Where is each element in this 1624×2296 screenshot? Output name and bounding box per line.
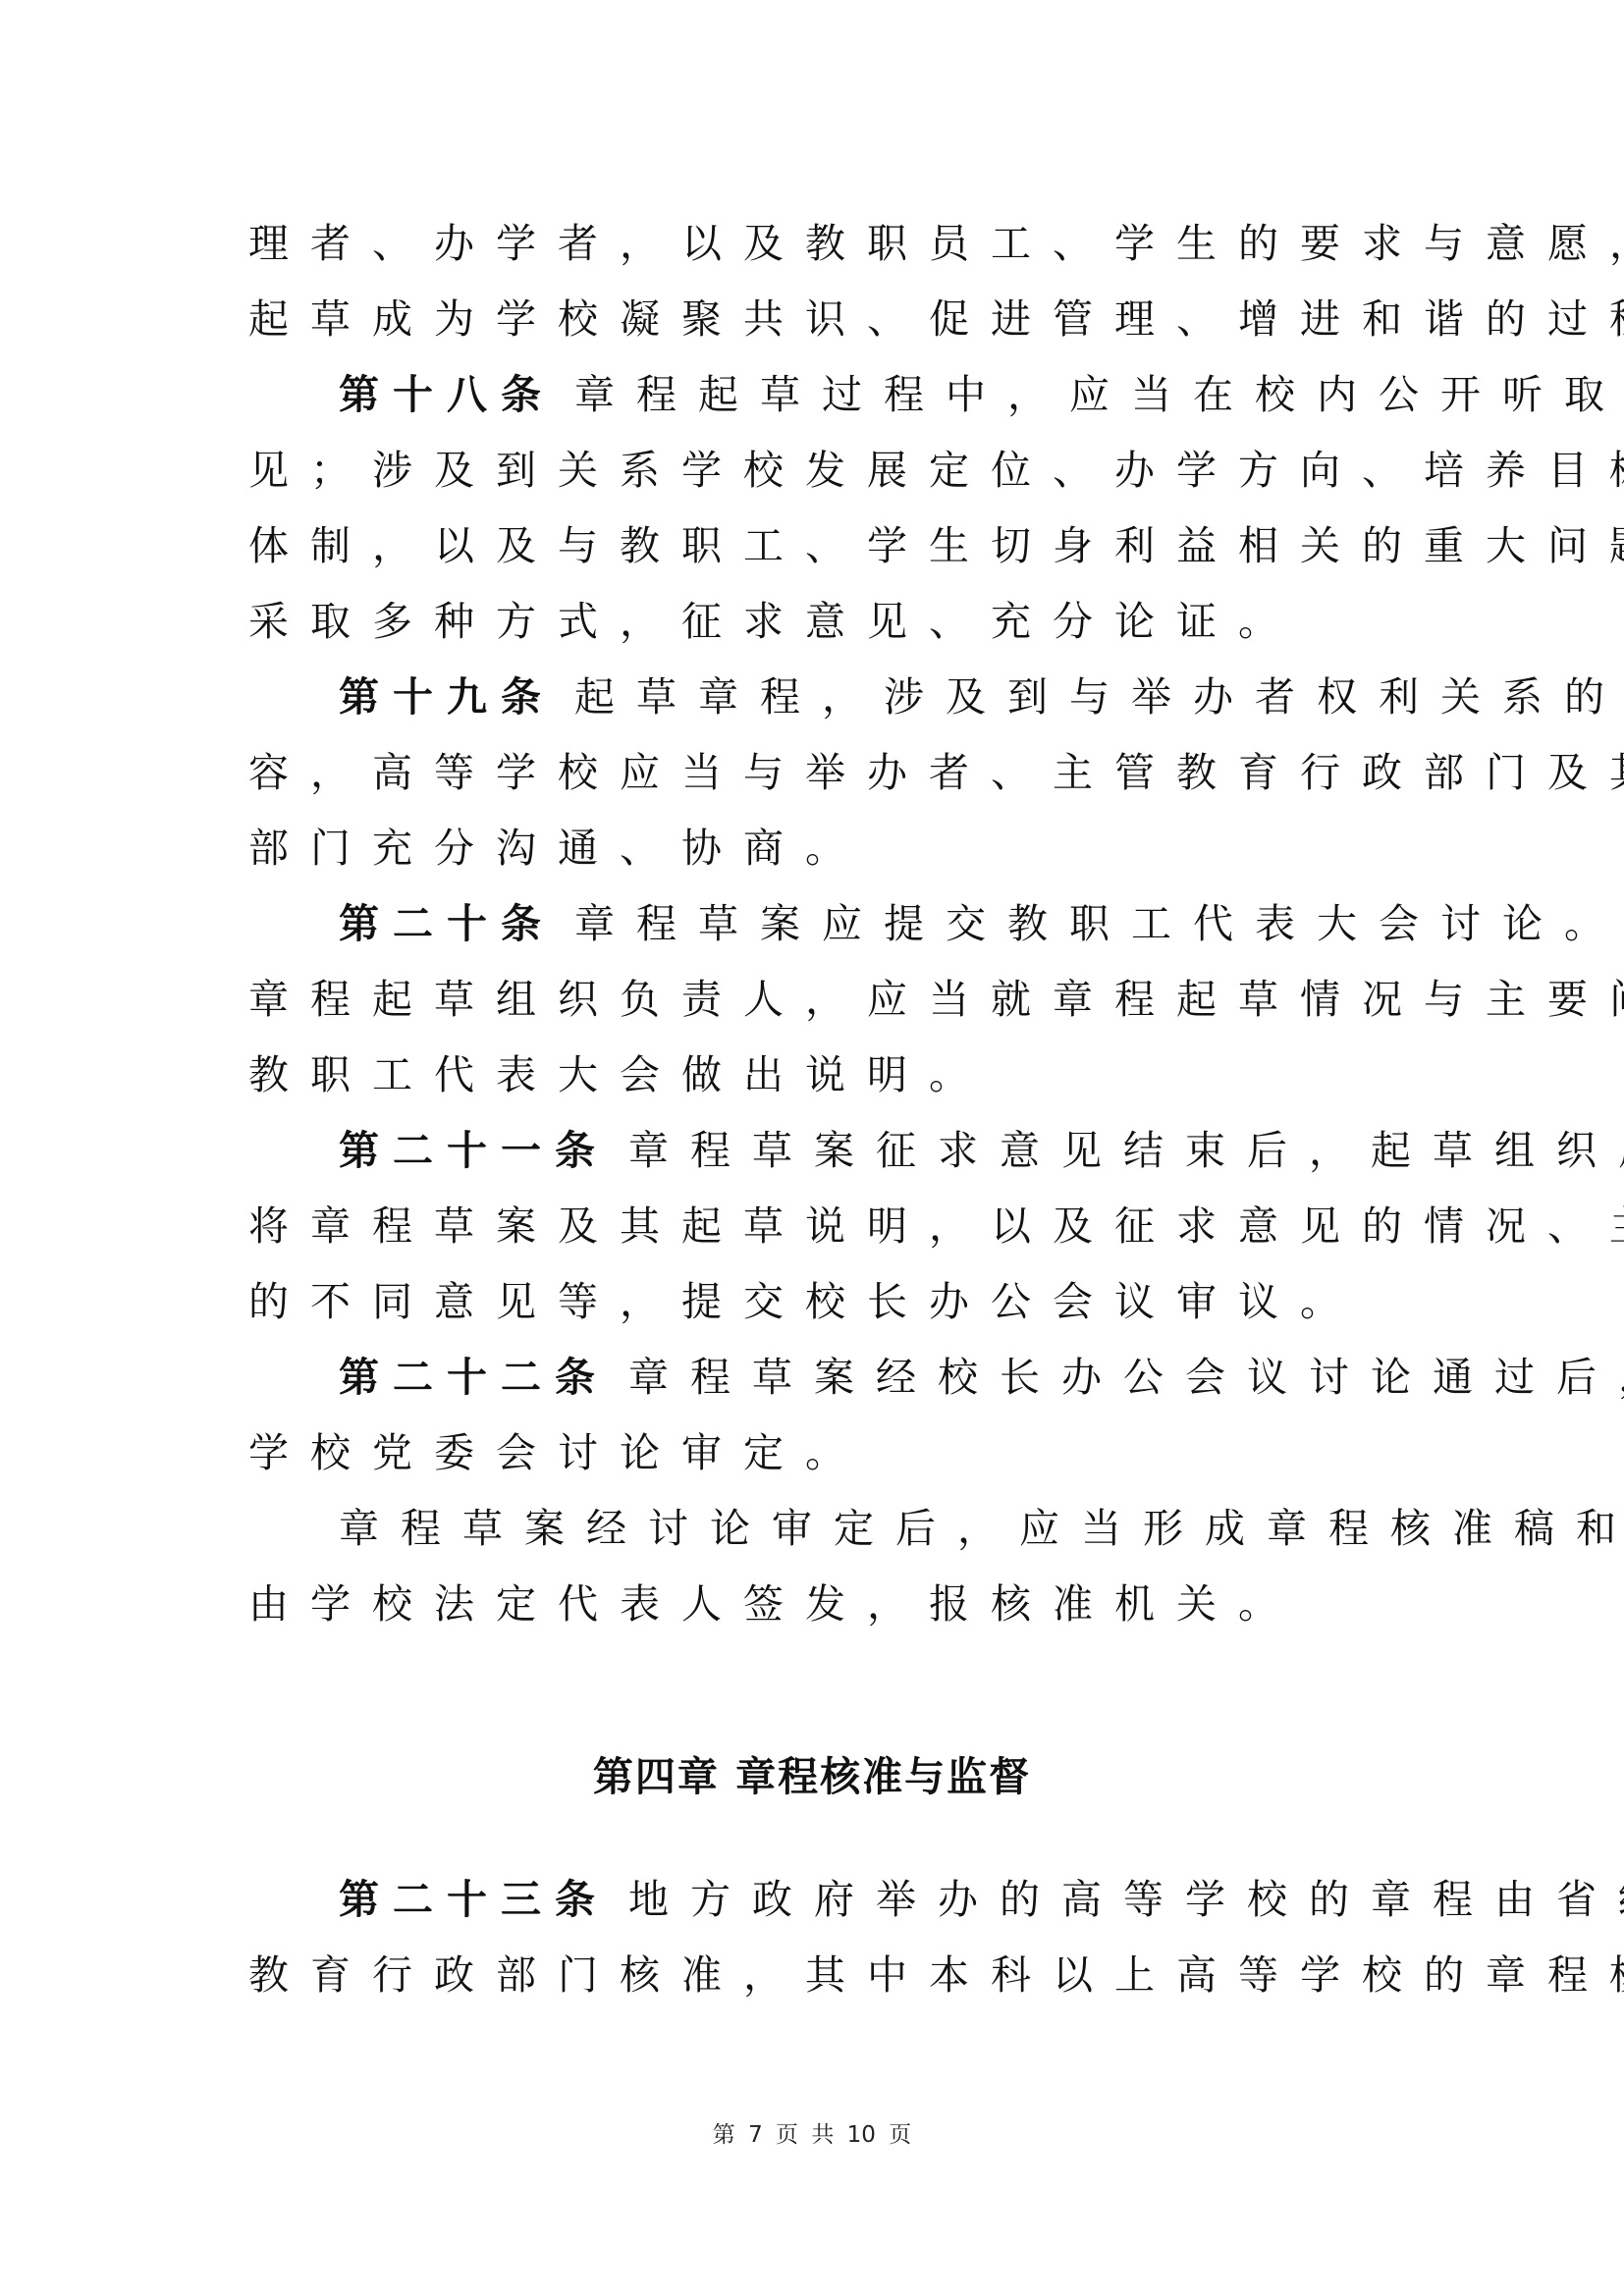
text-line: 见；涉及到关系学校发展定位、办学方向、培养目标、管理: [248, 441, 1387, 500]
text-line: 采取多种方式，征求意见、充分论证。: [248, 592, 1387, 651]
article-heading: 第二十一条: [339, 1127, 609, 1174]
current-page-number: 7: [748, 2122, 763, 2148]
text-line: 教职工代表大会做出说明。: [248, 1045, 1387, 1104]
article-text: 起草章程，涉及到与举办者权利关系的内: [574, 673, 1624, 721]
total-pages-number: 10: [847, 2122, 876, 2148]
text-line: 章程草案经讨论审定后，应当形成章程核准稿和说明，: [339, 1499, 1478, 1558]
footer-middle: 页 共: [776, 2122, 834, 2148]
article-18-first-line: 第十八条章程起草过程中，应当在校内公开听取意: [339, 365, 1478, 424]
article-text: 地方政府举办的高等学校的章程由省级: [628, 1876, 1624, 1923]
text-line: 理者、办学者，以及教职员工、学生的要求与意愿，使章程: [248, 214, 1387, 273]
document-page: 理者、办学者，以及教职员工、学生的要求与意愿，使章程 起草成为学校凝聚共识、促进…: [0, 0, 1624, 2296]
article-23-first-line: 第二十三条地方政府举办的高等学校的章程由省级: [339, 1870, 1478, 1929]
text-line: 容，高等学校应当与举办者、主管教育行政部门及其他相关: [248, 743, 1387, 802]
text-line: 起草成为学校凝聚共识、促进管理、增进和谐的过程。: [248, 290, 1387, 348]
article-20-first-line: 第二十条章程草案应提交教职工代表大会讨论。学校: [339, 894, 1478, 953]
text-line: 的不同意见等，提交校长办公会议审议。: [248, 1272, 1387, 1331]
chapter-title: 第四章 章程核准与监督: [0, 1747, 1624, 1806]
article-heading: 第十八条: [339, 371, 555, 418]
text-line: 由学校法定代表人签发，报核准机关。: [248, 1575, 1387, 1633]
article-21-first-line: 第二十一条章程草案征求意见结束后，起草组织应当: [339, 1121, 1478, 1180]
footer-prefix: 第: [713, 2122, 735, 2148]
article-19-first-line: 第十九条起草章程，涉及到与举办者权利关系的内: [339, 667, 1478, 726]
article-heading: 第二十三条: [339, 1876, 609, 1923]
article-text: 章程起草过程中，应当在校内公开听取意: [574, 371, 1624, 418]
text-line: 学校党委会讨论审定。: [248, 1423, 1387, 1482]
article-22-first-line: 第二十二条章程草案经校长办公会议讨论通过后，由: [339, 1348, 1478, 1407]
page-footer: 第 7 页 共 10 页: [0, 2120, 1624, 2150]
text-line: 章程起草组织负责人，应当就章程起草情况与主要问题，向: [248, 970, 1387, 1029]
text-line: 体制，以及与教职工、学生切身利益相关的重大问题，应当: [248, 516, 1387, 575]
article-heading: 第二十二条: [339, 1354, 609, 1401]
article-text: 章程草案征求意见结束后，起草组织应当: [628, 1127, 1624, 1174]
article-text: 章程草案应提交教职工代表大会讨论。学校: [574, 900, 1624, 947]
article-text: 章程草案经校长办公会议讨论通过后，由: [628, 1354, 1624, 1401]
text-line: 部门充分沟通、协商。: [248, 819, 1387, 878]
footer-suffix: 页: [889, 2122, 911, 2148]
article-heading: 第二十条: [339, 900, 555, 947]
text-line: 教育行政部门核准，其中本科以上高等学校的章程核准后，: [248, 1946, 1387, 2004]
article-heading: 第十九条: [339, 673, 555, 721]
text-line: 将章程草案及其起草说明，以及征求意见的情况、主要问题: [248, 1197, 1387, 1255]
